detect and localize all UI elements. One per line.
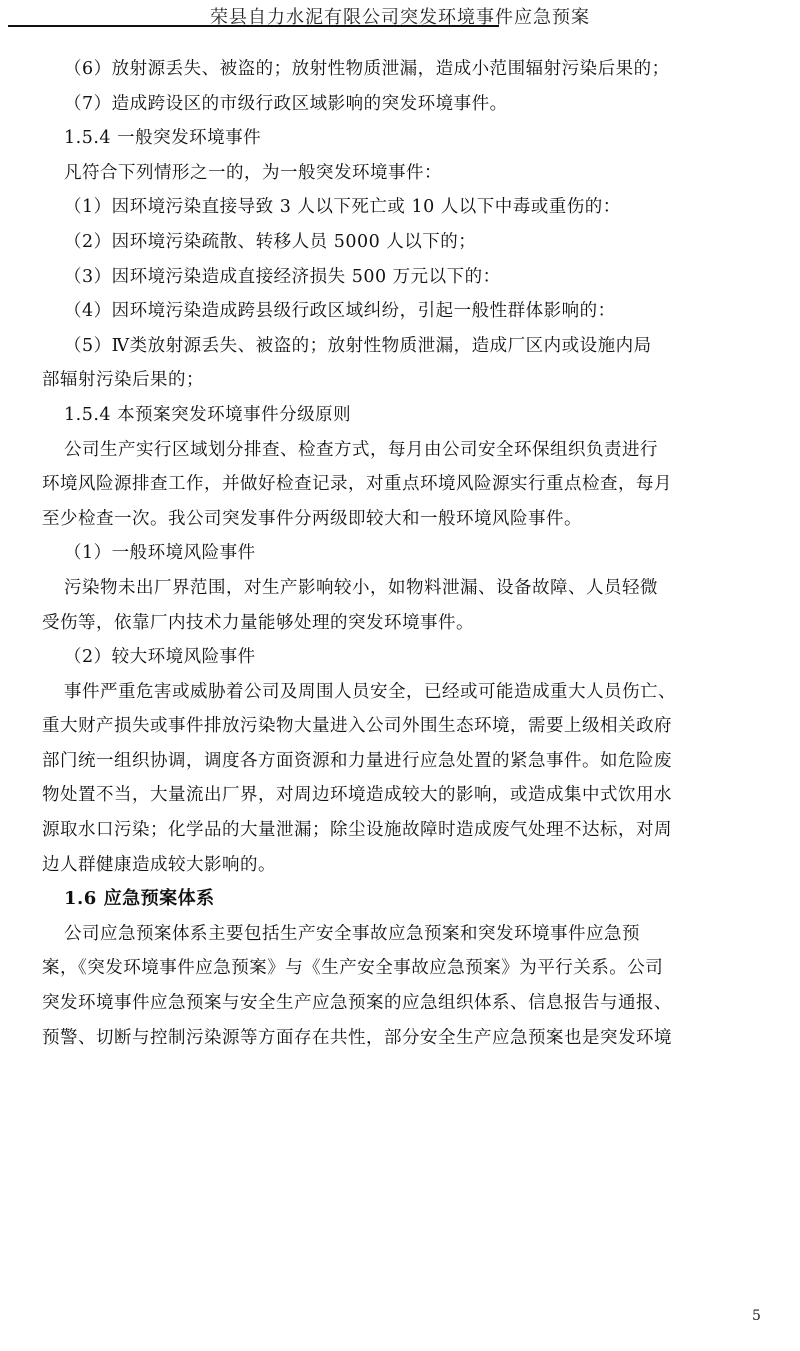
- paragraph-line: 预警、切断与控制污染源等方面存在共性，部分安全生产应急预案也是突发环境: [42, 1021, 762, 1056]
- page-number: 5: [752, 1308, 761, 1324]
- paragraph-line: 重大财产损失或事件排放污染物大量进入公司外围生态环境，需要上级相关政府: [42, 709, 762, 744]
- section-heading-1-5-4: 1.5.4 一般突发环境事件: [62, 121, 762, 156]
- list-item-6: （6）放射源丢失、被盗的；放射性物质泄漏，造成小范围辐射污染后果的；: [62, 52, 762, 87]
- paragraph-line: 公司应急预案体系主要包括生产安全事故应急预案和突发环境事件应急预: [62, 917, 762, 952]
- list-item-5: （5）Ⅳ类放射源丢失、被盗的；放射性物质泄漏，造成厂区内或设施内局: [62, 329, 762, 364]
- paragraph-line: 污染物未出厂界范围，对生产影响较小，如物料泄漏、设备故障、人员轻微: [62, 571, 762, 606]
- section-heading-classification: 1.5.4 本预案突发环境事件分级原则: [62, 398, 762, 433]
- list-item-3: （3）因环境污染造成直接经济损失 500 万元以下的：: [62, 260, 762, 295]
- list-item-1: （1）因环境污染直接导致 3 人以下死亡或 10 人以下中毒或重伤的：: [62, 190, 762, 225]
- subheading-general-risk: （1）一般环境风险事件: [62, 536, 762, 571]
- paragraph-line: 公司生产实行区域划分排查、检查方式，每月由公司安全环保组织负责进行: [62, 433, 762, 468]
- header-rule: [8, 25, 499, 27]
- paragraph-line: 凡符合下列情形之一的，为一般突发环境事件：: [62, 156, 762, 191]
- list-item-4: （4）因环境污染造成跨县级行政区域纠纷，引起一般性群体影响的：: [62, 294, 762, 329]
- paragraph-line: 事件严重危害或威胁着公司及周围人员安全，已经或可能造成重大人员伤亡、: [62, 675, 762, 710]
- page-header: 荣县自力水泥有限公司突发环境事件应急预案: [0, 0, 800, 28]
- paragraph-line: 环境风险源排查工作，并做好检查记录，对重点环境风险源实行重点检查，每月: [42, 467, 762, 502]
- paragraph-line: 源取水口污染；化学品的大量泄漏；除尘设施故障时造成废气处理不达标，对周: [42, 813, 762, 848]
- list-item-2: （2）因环境污染疏散、转移人员 5000 人以下的；: [62, 225, 762, 260]
- subheading-major-risk: （2）较大环境风险事件: [62, 640, 762, 675]
- paragraph-line: 突发环境事件应急预案与安全生产应急预案的应急组织体系、信息报告与通报、: [42, 986, 762, 1021]
- paragraph-line: 案，《突发环境事件应急预案》与《生产安全事故应急预案》为平行关系。公司: [42, 951, 762, 986]
- section-heading-1-6: 1.6 应急预案体系: [62, 882, 762, 917]
- list-item-7: （7）造成跨设区的市级行政区域影响的突发环境事件。: [62, 87, 762, 122]
- paragraph-line: 部辐射污染后果的；: [42, 363, 762, 398]
- paragraph-line: 部门统一组织协调，调度各方面资源和力量进行应急处置的紧急事件。如危险废: [42, 744, 762, 779]
- paragraph-line: 物处置不当，大量流出厂界，对周边环境造成较大的影响，或造成集中式饮用水: [42, 778, 762, 813]
- paragraph-line: 至少检查一次。我公司突发事件分两级即较大和一般环境风险事件。: [42, 502, 762, 537]
- paragraph-line: 受伤等，依靠厂内技术力量能够处理的突发环境事件。: [42, 606, 762, 641]
- document-body: （6）放射源丢失、被盗的；放射性物质泄漏，造成小范围辐射污染后果的； （7）造成…: [62, 52, 762, 1055]
- paragraph-line: 边人群健康造成较大影响的。: [42, 848, 762, 883]
